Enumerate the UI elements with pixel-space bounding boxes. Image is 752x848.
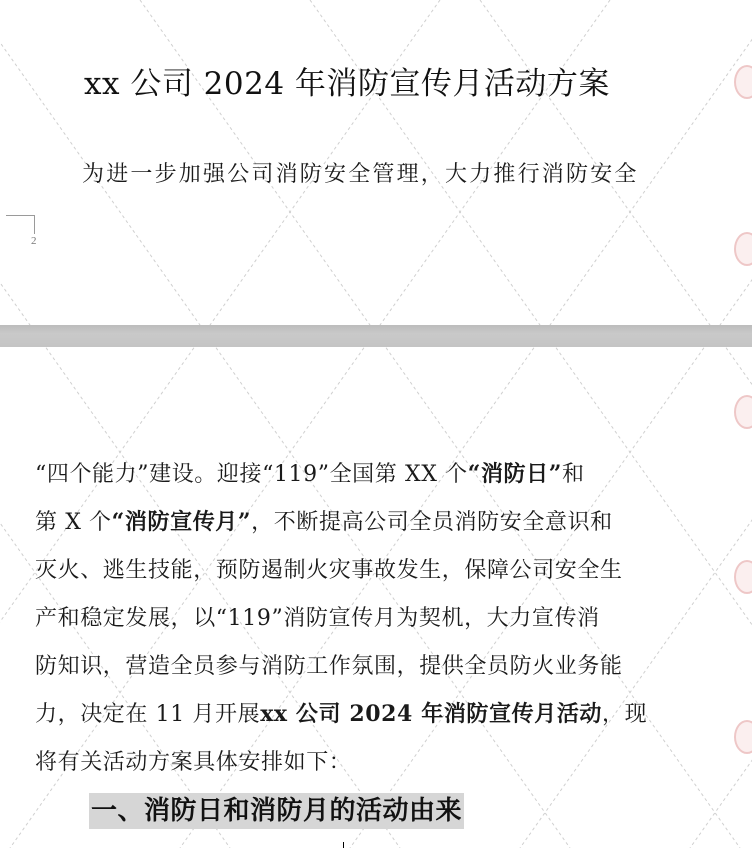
emphasis-text: xx 公司 2024 年消防宣传月活动 [260,701,602,727]
intro-paragraph-line: 为进一步加强公司消防安全管理，大力推行消防安全 [82,157,639,188]
document-page-top: xx 公司 2024 年消防宣传月活动方案 为进一步加强公司消防安全管理，大力推… [0,0,752,325]
margin-page-number: 2 [31,235,37,247]
paragraph-line: 力，决定在 11 月开展xx 公司 2024 年消防宣传月活动，现 [35,697,647,728]
page-break-separator [0,325,752,347]
paragraph-line: 第 X 个“消防宣传月”，不断提高公司全员消防安全意识和 [35,505,613,536]
paragraph-line: 将有关活动方案具体安排如下： [35,745,351,776]
emphasis-text: “消防日” [468,461,562,487]
document-page-bottom: “四个能力”建设。迎接“119”全国第 XX 个“消防日”和 第 X 个“消防宣… [0,347,752,848]
paragraph-line: 防知识，营造全员参与消防工作氛围，提供全员防火业务能 [35,649,623,680]
paragraph-line: 灭火、逃生技能，预防遏制火灾事故发生，保障公司安全生 [35,553,623,584]
document-title: xx 公司 2024 年消防宣传月活动方案 [84,58,610,103]
emphasis-text: “消防宣传月” [112,509,252,535]
paragraph-line: 产和稳定发展，以“119”消防宣传月为契机，大力宣传消 [35,601,600,632]
margin-crop-mark [6,215,35,234]
paragraph-line: “四个能力”建设。迎接“119”全国第 XX 个“消防日”和 [35,457,585,488]
